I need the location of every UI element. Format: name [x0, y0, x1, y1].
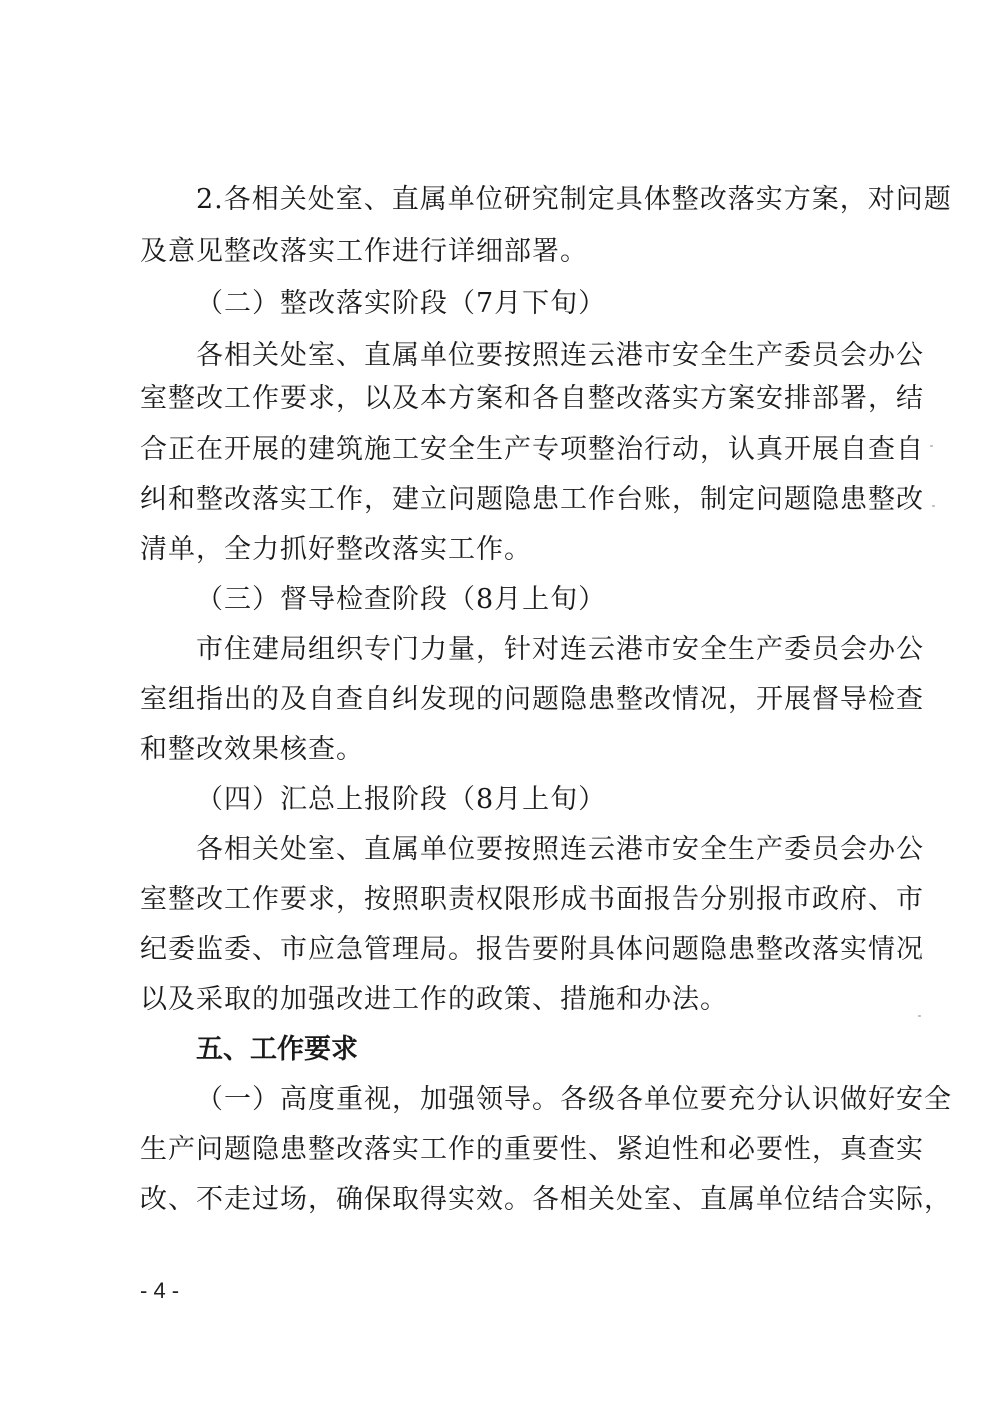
text-line: 清单，全力抓好整改落实工作。	[140, 532, 885, 568]
text-line: 以及采取的加强改进工作的政策、措施和办法。	[140, 982, 885, 1018]
text-line: 纠和整改落实工作，建立问题隐患工作台账，制定问题隐患整改	[140, 482, 885, 518]
text-line: （二）整改落实阶段（7月下旬）	[196, 286, 885, 322]
text-line: 和整改效果核查。	[140, 732, 885, 768]
text-line: （三）督导检查阶段（8月上旬）	[196, 582, 885, 618]
scan-speck	[918, 958, 921, 960]
text-line: 各相关处室、直属单位要按照连云港市安全生产委员会办公	[196, 832, 885, 868]
scan-speck	[930, 445, 933, 447]
text-line: （四）汇总上报阶段（8月上旬）	[196, 782, 885, 818]
text-line: 改、不走过场，确保取得实效。各相关处室、直属单位结合实际，	[140, 1182, 885, 1218]
document-page: 2.各相关处室、直属单位研究制定具体整改落实方案，对问题及意见整改落实工作进行详…	[0, 0, 1000, 1414]
text-line: 市住建局组织专门力量，针对连云港市安全生产委员会办公	[196, 632, 885, 668]
scan-speck	[918, 1015, 921, 1017]
text-line: 生产问题隐患整改落实工作的重要性、紧迫性和必要性，真查实	[140, 1132, 885, 1168]
section-heading: 五、工作要求	[196, 1032, 885, 1068]
text-line: 室整改工作要求，按照职责权限形成书面报告分别报市政府、市	[140, 882, 885, 918]
page-number: - 4 -	[140, 1278, 179, 1304]
text-line: 及意见整改落实工作进行详细部署。	[140, 234, 885, 270]
text-line: 室整改工作要求，以及本方案和各自整改落实方案安排部署，结	[140, 381, 885, 417]
text-line: 各相关处室、直属单位要按照连云港市安全生产委员会办公	[196, 338, 885, 374]
text-line: （一）高度重视，加强领导。各级各单位要充分认识做好安全	[196, 1082, 885, 1118]
text-line: 2.各相关处室、直属单位研究制定具体整改落实方案，对问题	[196, 182, 885, 218]
text-line: 室组指出的及自查自纠发现的问题隐患整改情况，开展督导检查	[140, 682, 885, 718]
scan-speck	[932, 505, 935, 507]
text-line: 合正在开展的建筑施工安全生产专项整治行动，认真开展自查自	[140, 432, 885, 468]
text-line: 纪委监委、市应急管理局。报告要附具体问题隐患整改落实情况	[140, 932, 885, 968]
